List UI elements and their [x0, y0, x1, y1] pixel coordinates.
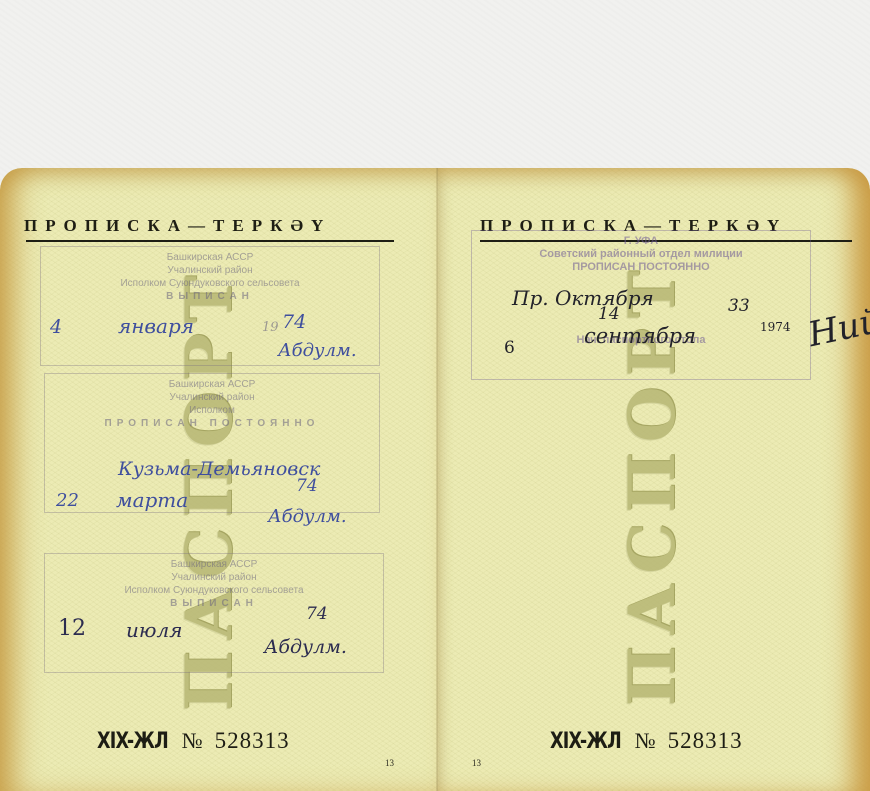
stamp-3-month: июля — [126, 618, 182, 642]
stamp-3-day: 12 — [58, 616, 86, 641]
passport-series-number: XIX-ЖЛ № 528313 — [550, 728, 743, 754]
passport-booklet: ПРОПИСКА—ТЕРКӘҮ ПАСПОРТ Башкирская АССР … — [0, 168, 870, 791]
stamp-2-year: 74 — [296, 476, 318, 496]
stamp-1-day: 4 — [50, 316, 62, 338]
stamp-2-place: Кузьма-Демьяновск — [118, 458, 320, 480]
apartment-number: 33 — [728, 296, 750, 316]
registration-day: 6 — [504, 338, 515, 358]
number-sign: № — [182, 728, 203, 753]
right-page: ПРОПИСКА—ТЕРКӘҮ ПАСПОРТ Г. УФА Советский… — [438, 168, 870, 791]
registration-year: 1974 — [760, 320, 791, 334]
stamp-1-year: 74 — [282, 311, 306, 333]
passport-number: 528313 — [215, 728, 290, 753]
registration-stamp-2: Башкирская АССР Учалинский район Исполко… — [44, 373, 380, 513]
series-code: XIX-ЖЛ — [97, 729, 168, 754]
stamp-2-day: 22 — [56, 490, 79, 511]
series-code: XIX-ЖЛ — [550, 729, 621, 754]
heading-rule — [26, 240, 394, 242]
stamp-2-signature: Абдулм. — [268, 506, 347, 527]
stamp-1-signature: Абдулм. — [278, 340, 357, 361]
stamp-3-signature: Абдулм. — [264, 636, 347, 658]
passport-series-number: XIX-ЖЛ № 528313 — [97, 728, 290, 754]
house-number: 14 — [598, 304, 620, 324]
number-sign: № — [635, 728, 656, 753]
registration-month: сентября — [584, 324, 696, 348]
page-number: 13 — [472, 758, 481, 768]
passport-number: 528313 — [668, 728, 743, 753]
stamp-1-year-prefix: 19 — [262, 320, 279, 335]
street-address: Пр. Октября — [512, 286, 654, 310]
left-page: ПРОПИСКА—ТЕРКӘҮ ПАСПОРТ Башкирская АССР … — [0, 168, 438, 791]
left-page-heading: ПРОПИСКА—ТЕРКӘҮ — [24, 216, 331, 236]
stamp-2-month: марта — [116, 488, 188, 512]
official-signature: Ний — [805, 301, 870, 355]
stamp-3-year: 74 — [306, 604, 328, 624]
stamp-1-month: января — [118, 314, 194, 338]
page-number: 13 — [385, 758, 394, 768]
